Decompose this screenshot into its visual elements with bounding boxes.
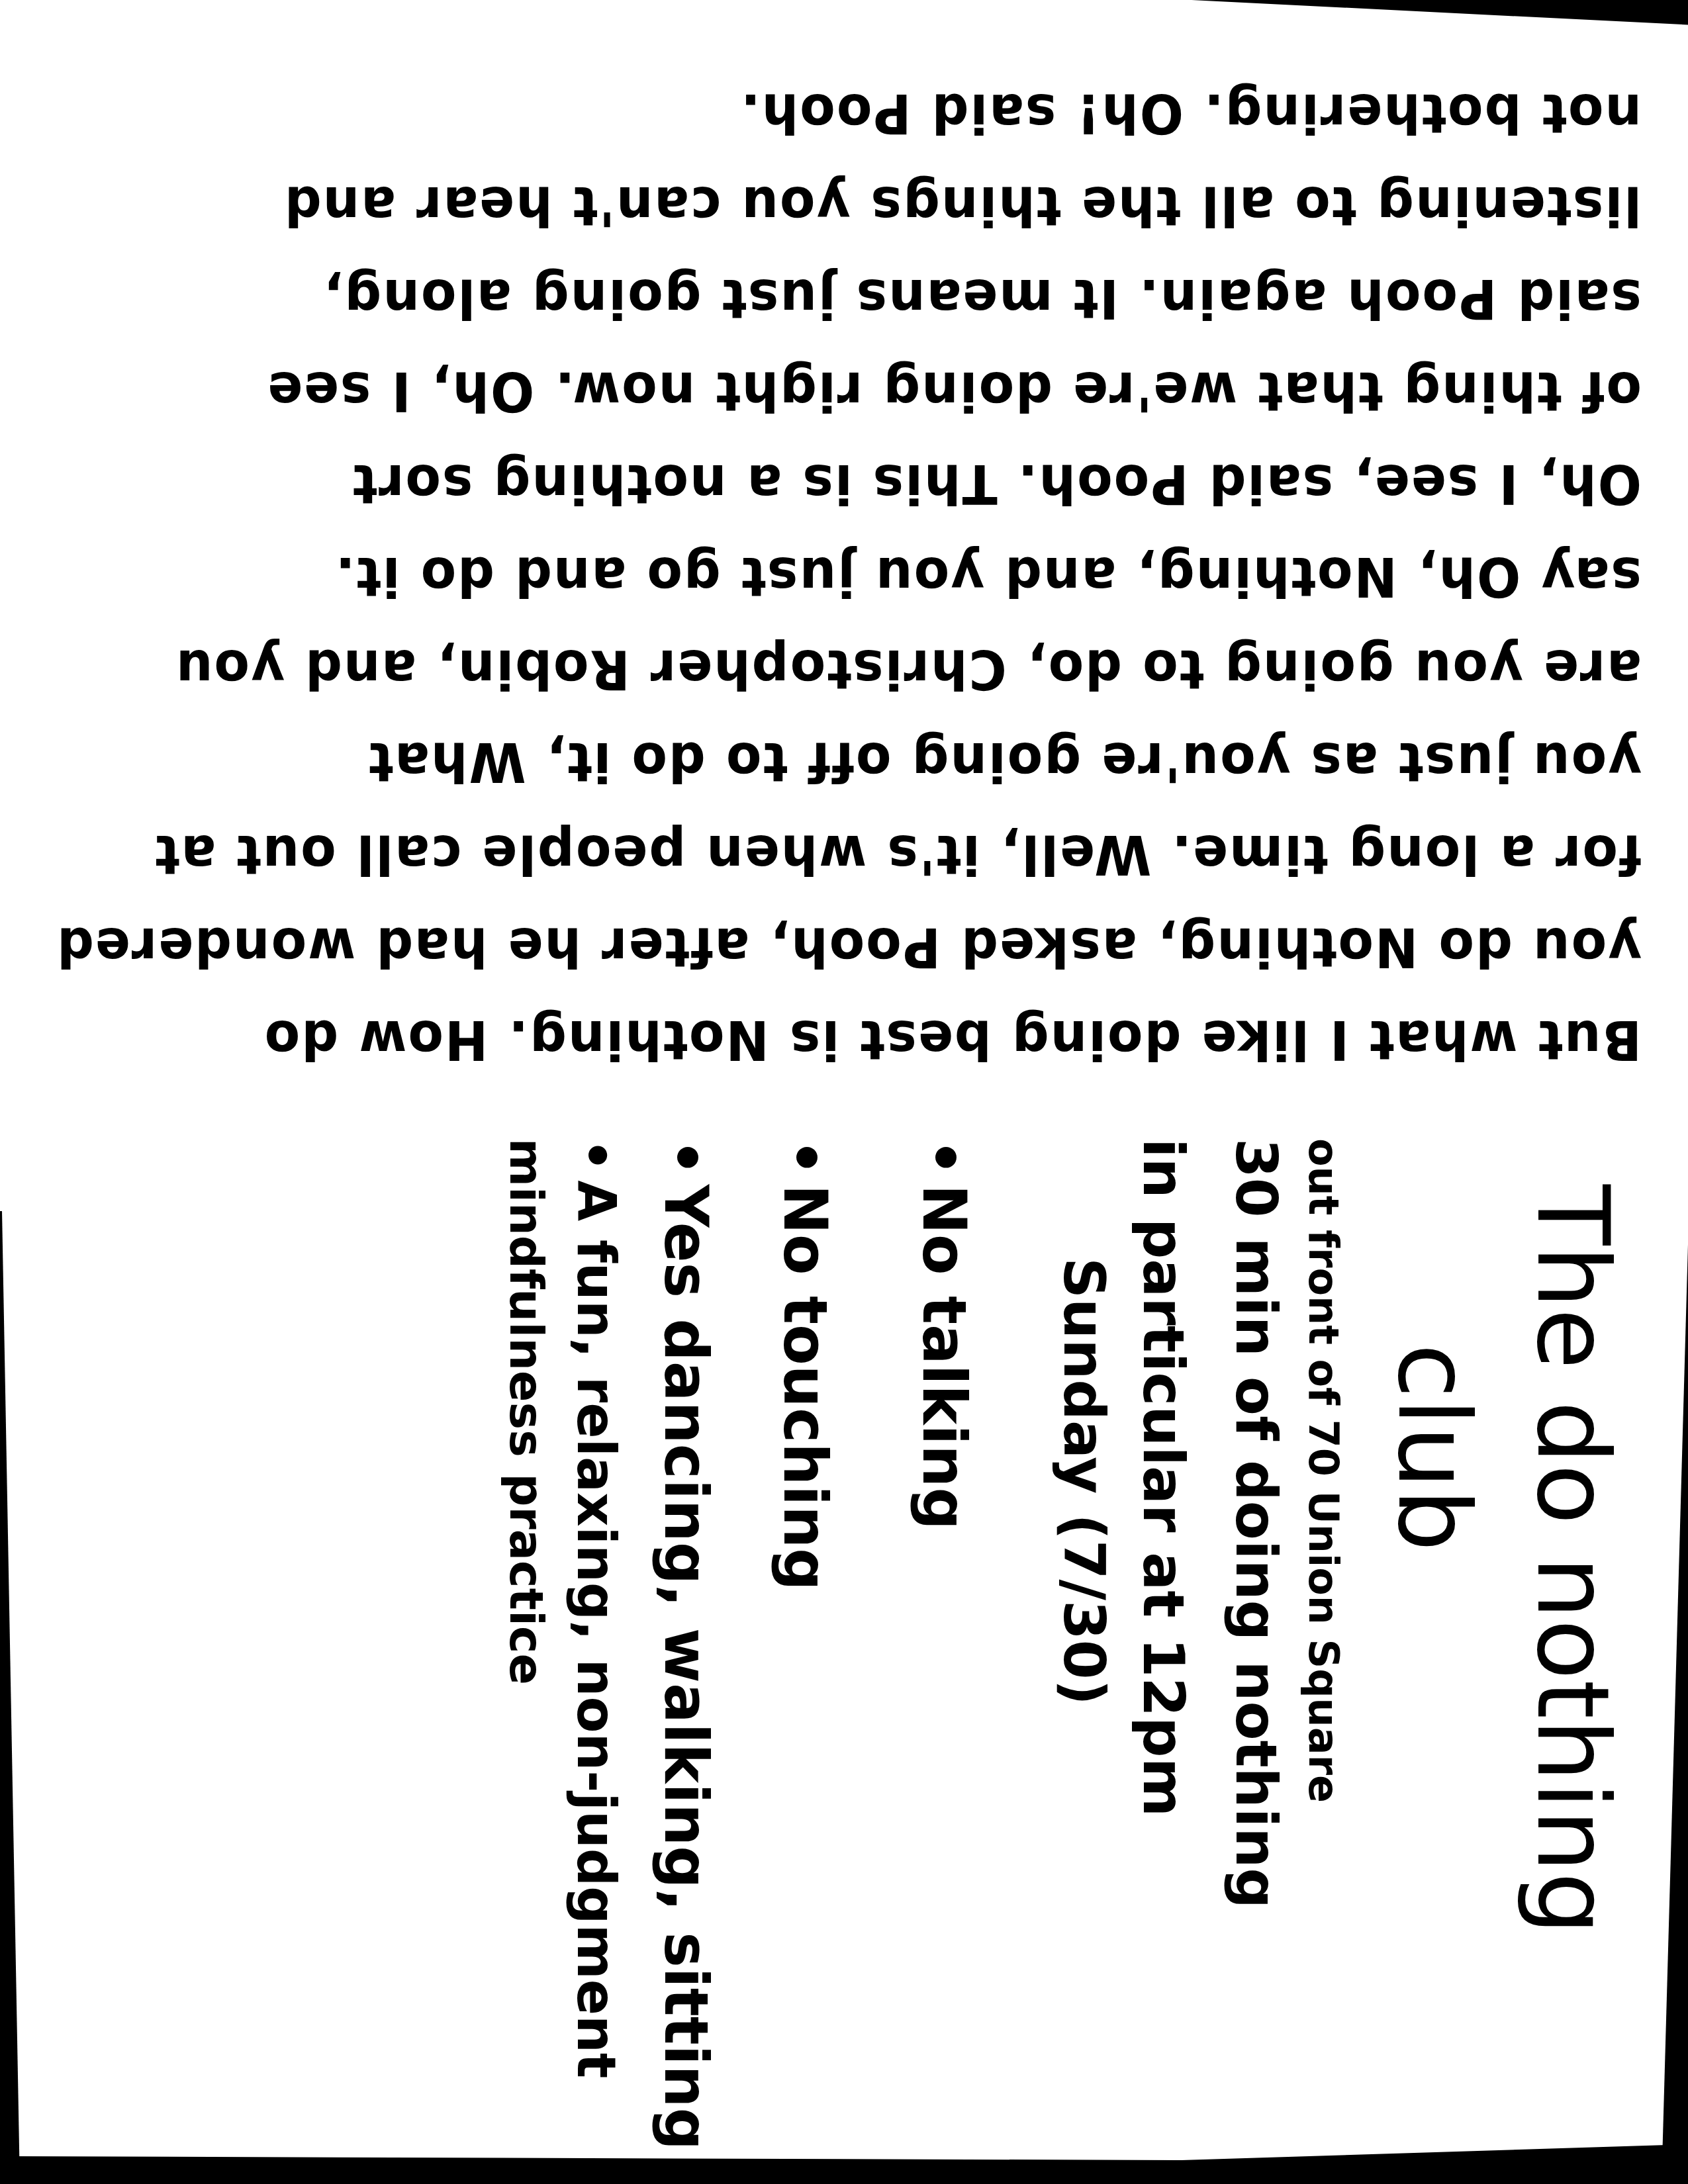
flyer-title-club: club bbox=[1383, 1343, 1483, 1551]
rule-text: Yes dancing, walking, sitting bbox=[651, 1185, 720, 2151]
rule-text: No touching bbox=[770, 1185, 839, 1591]
rule-item: •A fun, relaxing, non-judgment bbox=[569, 1138, 622, 2078]
bullet-icon: • bbox=[770, 1138, 839, 1177]
pooh-quote: But what I like doing best is Nothing. H… bbox=[53, 26, 1642, 1085]
rule-text-continued: mindfulness practice bbox=[503, 1138, 549, 1685]
rule-item: •No touching bbox=[774, 1138, 834, 1591]
flyer-date: Sunday (7/30) bbox=[1055, 1257, 1112, 1706]
quote-line: listening to all the things you can't he… bbox=[53, 157, 1642, 254]
quote-line: are you going to do, Christopher Robin, … bbox=[53, 620, 1642, 717]
rule-text: No talking bbox=[909, 1185, 978, 1530]
club-flyer: The do nothing club out front of 70 Unio… bbox=[13, 1125, 1655, 2158]
quote-line: said Pooh again. It means just going alo… bbox=[53, 250, 1642, 347]
quote-line: of thing that we're doing right now. Oh,… bbox=[53, 342, 1642, 439]
quote-line: not bothering. Oh! said Pooh. bbox=[53, 64, 1642, 161]
flyer-time: in particular at 12pm bbox=[1135, 1138, 1192, 1817]
photo-edge-top bbox=[1192, 0, 1688, 26]
quote-line: But what I like doing best is Nothing. H… bbox=[53, 991, 1642, 1088]
photo-edge-right bbox=[1662, 1244, 1688, 2184]
quote-line: for a long time. Well, it's when people … bbox=[53, 805, 1642, 903]
quote-line: Oh, I see, said Pooh. This is a nothing … bbox=[53, 435, 1642, 532]
rule-text: A fun, relaxing, non-judgment bbox=[565, 1180, 627, 2078]
quote-line: you do Nothing, asked Pooh, after he had… bbox=[53, 898, 1642, 995]
rule-item: •No talking bbox=[914, 1138, 973, 1530]
flyer-title: The do nothing bbox=[1523, 1185, 1622, 1935]
flyer-duration: 30 min of doing nothing bbox=[1227, 1138, 1284, 1909]
rule-item: •Yes dancing, walking, sitting bbox=[655, 1138, 715, 2150]
bullet-icon: • bbox=[565, 1138, 627, 1172]
quote-line: you just as you're going off to do it, W… bbox=[53, 713, 1642, 810]
quote-line: say Oh, Nothing, and you just go and do … bbox=[53, 527, 1642, 625]
flyer-location: out front of 70 Union Square bbox=[1303, 1138, 1344, 1803]
bullet-icon: • bbox=[651, 1138, 720, 1177]
bullet-icon: • bbox=[909, 1138, 978, 1177]
